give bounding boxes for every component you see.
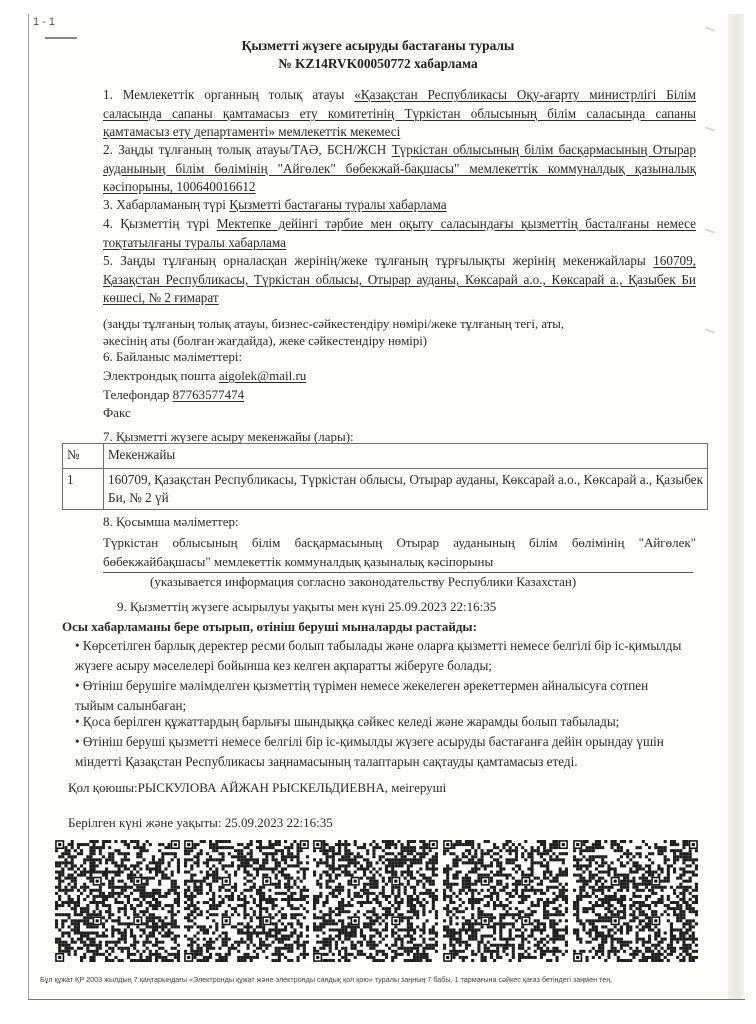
- section-8-note: (указывается информация согласно законод…: [150, 573, 576, 590]
- qr-code-icon: [55, 840, 180, 962]
- confirmation-bullet-2: • Өтініш берушіге мәлімделген қызметтің …: [75, 676, 685, 716]
- section-3-label: 3. Хабарламаның түрі: [103, 197, 226, 212]
- section-5-note: (заңды тұлғаның толық атауы, бизнес-сәйк…: [103, 316, 603, 350]
- confirmation-bullet-1: • Көрсетілген барлық деректер ресми болы…: [75, 636, 685, 676]
- section-5-label: 5. Заңды тұлғаның орналасқан жерінің/жек…: [103, 253, 646, 268]
- table-header-row: № Мекенжайы: [63, 444, 708, 469]
- section-2-label: 2. Заңды тұлғаның толық атауы/ТАӘ, БСН/Ж…: [103, 142, 386, 157]
- document-title: Қызметті жүзеге асыруды бастағаны туралы: [0, 38, 756, 54]
- qr-code-4: [443, 840, 568, 962]
- qr-code-2: [184, 840, 309, 962]
- section-2: 2. Заңды тұлғаның толық атауы/ТАӘ, БСН/Ж…: [103, 141, 696, 197]
- confirmation-bullet-3: • Қоса берілген құжаттардың барлығы шынд…: [75, 712, 715, 732]
- table-header-number: №: [63, 444, 104, 469]
- scan-edge: [728, 14, 744, 999]
- table-row: 1 160709, Қазақстан Республикасы, Түркіс…: [63, 469, 708, 510]
- phone-label: Телефондар: [103, 387, 169, 402]
- issued-date: Берілген күні және уақыты: 25.09.2023 22…: [68, 814, 333, 831]
- address-table: № Мекенжайы 1 160709, Қазақстан Республи…: [62, 443, 708, 510]
- qr-code-icon: [443, 840, 568, 962]
- email-label: Электрондық пошта: [103, 368, 216, 383]
- section-8-label: 8. Қосымша мәліметтер:: [103, 513, 239, 530]
- table-cell-number: 1: [63, 469, 104, 510]
- fax-label: Факс: [103, 404, 131, 421]
- table-header-address: Мекенжайы: [104, 444, 708, 469]
- email-link[interactable]: aigolek@mail.ru: [219, 368, 306, 383]
- qr-code-1: [55, 840, 180, 962]
- section-4: 4. Қызметтің түрі Мектепке дейінгі тәрби…: [103, 215, 696, 252]
- document-number: № KZ14RVK00050772 хабарлама: [0, 56, 756, 72]
- qr-code-5: [573, 840, 698, 962]
- confirmation-heading: Осы хабарламаны бере отырып, өтініш беру…: [62, 618, 477, 635]
- legal-footnote: Бұл құжат ҚР 2003 жылдың 7 қаңтарындағы …: [40, 975, 612, 984]
- table-cell-address: 160709, Қазақстан Республикасы, Түркіста…: [104, 469, 708, 510]
- section-9: 9. Қызметтің жүзеге асырылуы уақыты мен …: [117, 598, 496, 615]
- section-5: 5. Заңды тұлғаның орналасқан жерінің/жек…: [103, 252, 696, 308]
- section-4-label: 4. Қызметтің түрі: [103, 216, 209, 231]
- phone-value: 87763577474: [173, 387, 245, 402]
- section-1-label: 1. Мемлекеттік органның толық атауы: [103, 87, 344, 102]
- section-3: 3. Хабарламаның түрі Қызметті бастағаны …: [103, 196, 696, 215]
- section-1: 1. Мемлекеттік органның толық атауы «Қаз…: [103, 86, 696, 142]
- qr-code-icon: [184, 840, 309, 962]
- qr-code-3: [313, 840, 438, 962]
- section-3-value: Қызметті бастағаны туралы хабарлама: [229, 197, 446, 212]
- section-8-value: Түркістан облысының білім басқармасының …: [103, 534, 696, 571]
- email-row: Электрондық пошта aigolek@mail.ru: [103, 367, 306, 384]
- qr-code-icon: [313, 840, 438, 962]
- confirmation-bullet-4: • Өтініш беруші қызметті немесе белгілі …: [75, 732, 685, 772]
- qr-code-icon: [573, 840, 698, 962]
- phone-row: Телефондар 87763577474: [103, 386, 244, 403]
- page-marker: 1 - 1: [33, 16, 55, 28]
- signer: Қол қоюшы:РЫСКУЛОВА АЙЖАН РЫСКЕЛЬДИЕВНА,…: [68, 779, 446, 796]
- section-6-label: 6. Байланыс мәліметтері:: [103, 348, 242, 365]
